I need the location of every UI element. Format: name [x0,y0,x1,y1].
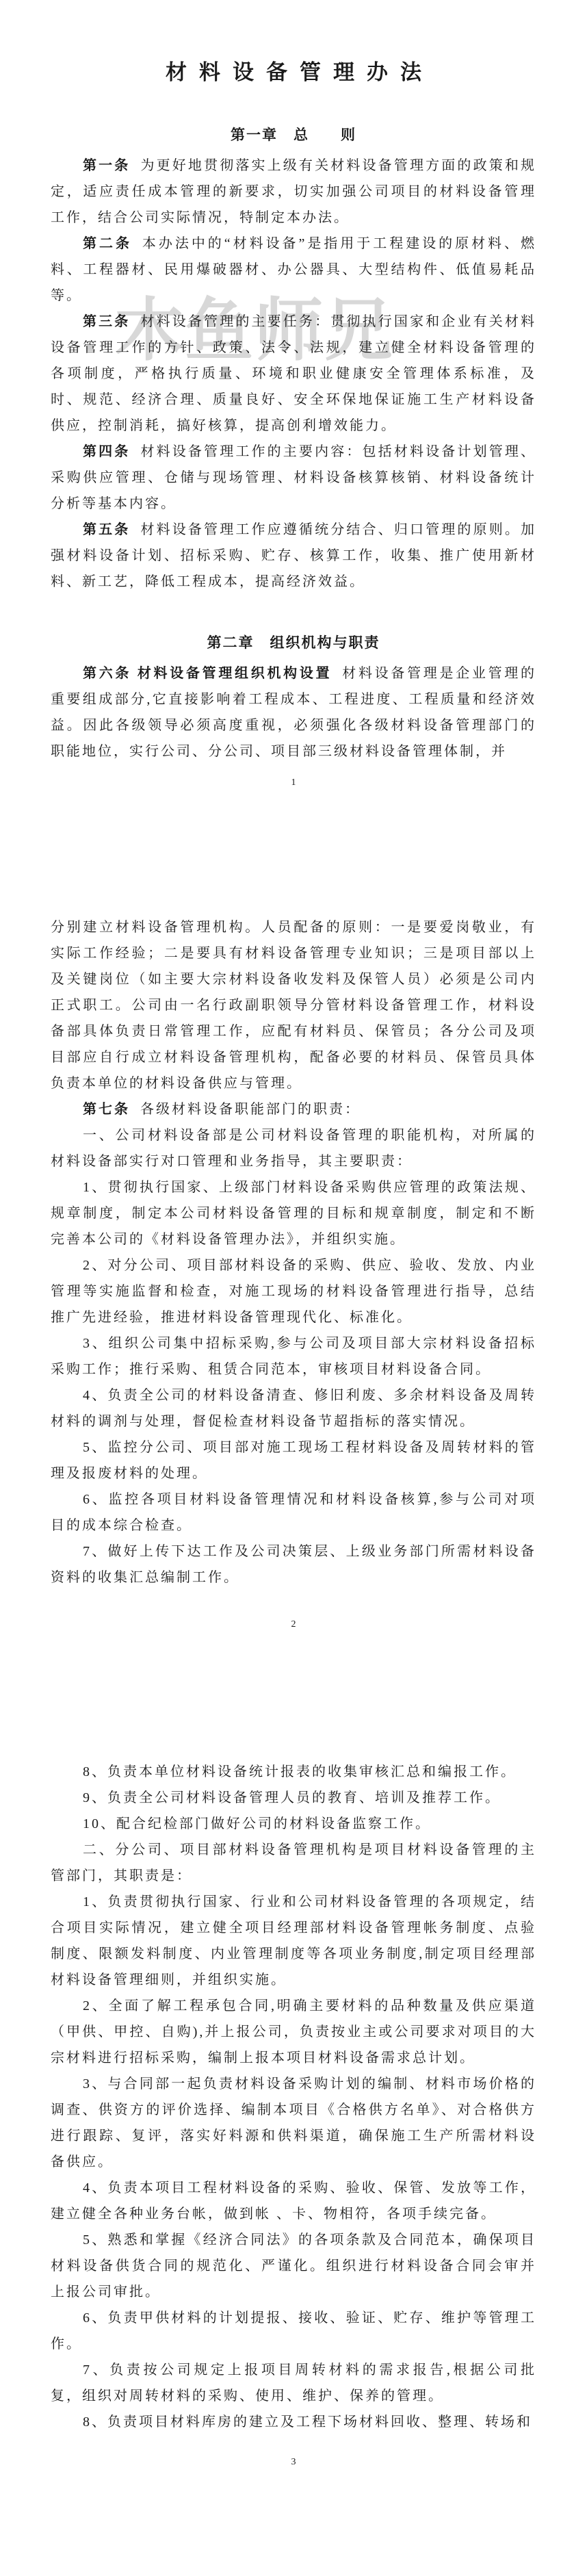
paragraph: 8、负责本单位材料设备统计报表的收集审核汇总和编报工作。 [51,1759,536,1785]
article-label: 第三条 [83,314,130,329]
paragraph: 9、负责全公司材料设备管理人员的教育、培训及推荐工作。 [51,1785,536,1811]
page-number: 3 [0,2457,587,2468]
paragraph: 8、负责项目材料库房的建立及工程下场材料回收、整理、转场和 [51,2409,536,2435]
document: 木鱼师兄材料设备管理办法第一章 总 则第一条为更好地贯彻落实上级有关材料设备管理… [0,0,587,2576]
document-page-2: 分别建立材料设备管理机构。人员配备的原则：一是要爱岗敬业，有实际工作经验；二是要… [0,843,587,1686]
paragraph: 3、与合同部一起负责材料设备采购计划的编制、材料市场价格的调查、供资方的评价选择… [51,2071,536,2175]
paragraph: 7、做好上传下达工作及公司决策层、上级业务部门所需材料设备资料的收集汇总编制工作… [51,1538,536,1590]
article-label: 第二条 [83,236,132,251]
paragraph: 第一条为更好地贯彻落实上级有关材料设备管理方面的政策和规定，适应责任成本管理的新… [51,153,536,231]
document-page-1: 木鱼师兄材料设备管理办法第一章 总 则第一条为更好地贯彻落实上级有关材料设备管理… [0,0,587,843]
paragraph: 4、负责本项目工程材料设备的采购、验收、保管、发放等工作，建立健全各种业务台帐，… [51,2175,536,2227]
chapter-heading: 第一章 总 则 [51,124,536,146]
paragraph: 5、熟悉和掌握《经济合同法》的各项条款及合同范本，确保项目材料设备供货合同的规范… [51,2227,536,2305]
paragraph: 10、配合纪检部门做好公司的材料设备监察工作。 [51,1811,536,1837]
paragraph: 第七条各级材料设备职能部门的职责： [51,1096,536,1122]
paragraph: 第三条材料设备管理的主要任务：贯彻执行国家和企业有关材料设备管理工作的方针、政策… [51,309,536,439]
paragraph: 1、负责贯彻执行国家、行业和公司材料设备管理的各项规定，结合项目实际情况，建立健… [51,1889,536,1993]
page-number: 1 [0,777,587,788]
paragraph: 第二条本办法中的“材料设备”是指用于工程建设的原材料、燃料、工程器材、民用爆破器… [51,231,536,309]
paragraph: 分别建立材料设备管理机构。人员配备的原则：一是要爱岗敬业，有实际工作经验；二是要… [51,914,536,1096]
article-label: 第六条 材料设备管理组织机构设置 [83,666,332,681]
paragraph: 第五条材料设备管理工作应遵循统分结合、归口管理的原则。加强材料设备计划、招标采购… [51,517,536,595]
paragraph: 第六条 材料设备管理组织机构设置材料设备管理是企业管理的重要组成部分,它直接影响… [51,660,536,764]
paragraph: 1、贯彻执行国家、上级部门材料设备采购供应管理的政策法规、规章制度，制定本公司材… [51,1174,536,1252]
document-title: 材料设备管理办法 [51,58,536,87]
article-label: 第五条 [83,522,130,537]
paragraph: 5、监控分公司、项目部对施工现场工程材料设备及周转材料的管理及报废材料的处理。 [51,1434,536,1486]
paragraph: 二、分公司、项目部材料设备管理机构是项目材料设备管理的主管部门，其职责是： [51,1837,536,1889]
paragraph: 3、组织公司集中招标采购,参与公司及项目部大宗材料设备招标采购工作；推行采购、租… [51,1330,536,1382]
article-label: 第四条 [83,444,130,459]
paragraph: 一、公司材料设备部是公司材料设备管理的职能机构，对所属的材料设备部实行对口管理和… [51,1122,536,1174]
article-label: 第一条 [83,158,130,173]
paragraph: 2、对分公司、项目部材料设备的采购、供应、验收、发放、内业管理等实施监督和检查，… [51,1252,536,1330]
paragraph: 6、监控各项目材料设备管理情况和材料设备核算,参与公司对项目的成本综合检查。 [51,1486,536,1538]
paragraph: 2、全面了解工程承包合同,明确主要材料的品种数量及供应渠道（甲供、甲控、自购),… [51,1993,536,2071]
paragraph: 4、负责全公司的材料设备清查、修旧利废、多余材料设备及周转材料的调剂与处理，督促… [51,1382,536,1434]
article-label: 第七条 [83,1102,130,1117]
document-page-3: 8、负责本单位材料设备统计报表的收集审核汇总和编报工作。9、负责全公司材料设备管… [0,1686,587,2576]
paragraph: 6、负责甲供材料的计划提报、接收、验证、贮存、维护等管理工作。 [51,2305,536,2357]
page-number: 2 [0,1619,587,1630]
paragraph: 7、负责按公司规定上报项目周转材料的需求报告,根据公司批复，组织对周转材料的采购… [51,2357,536,2409]
paragraph: 第四条材料设备管理工作的主要内容：包括材料设备计划管理、采购供应管理、仓储与现场… [51,439,536,517]
chapter-heading: 第二章 组织机构与职责 [51,632,536,654]
